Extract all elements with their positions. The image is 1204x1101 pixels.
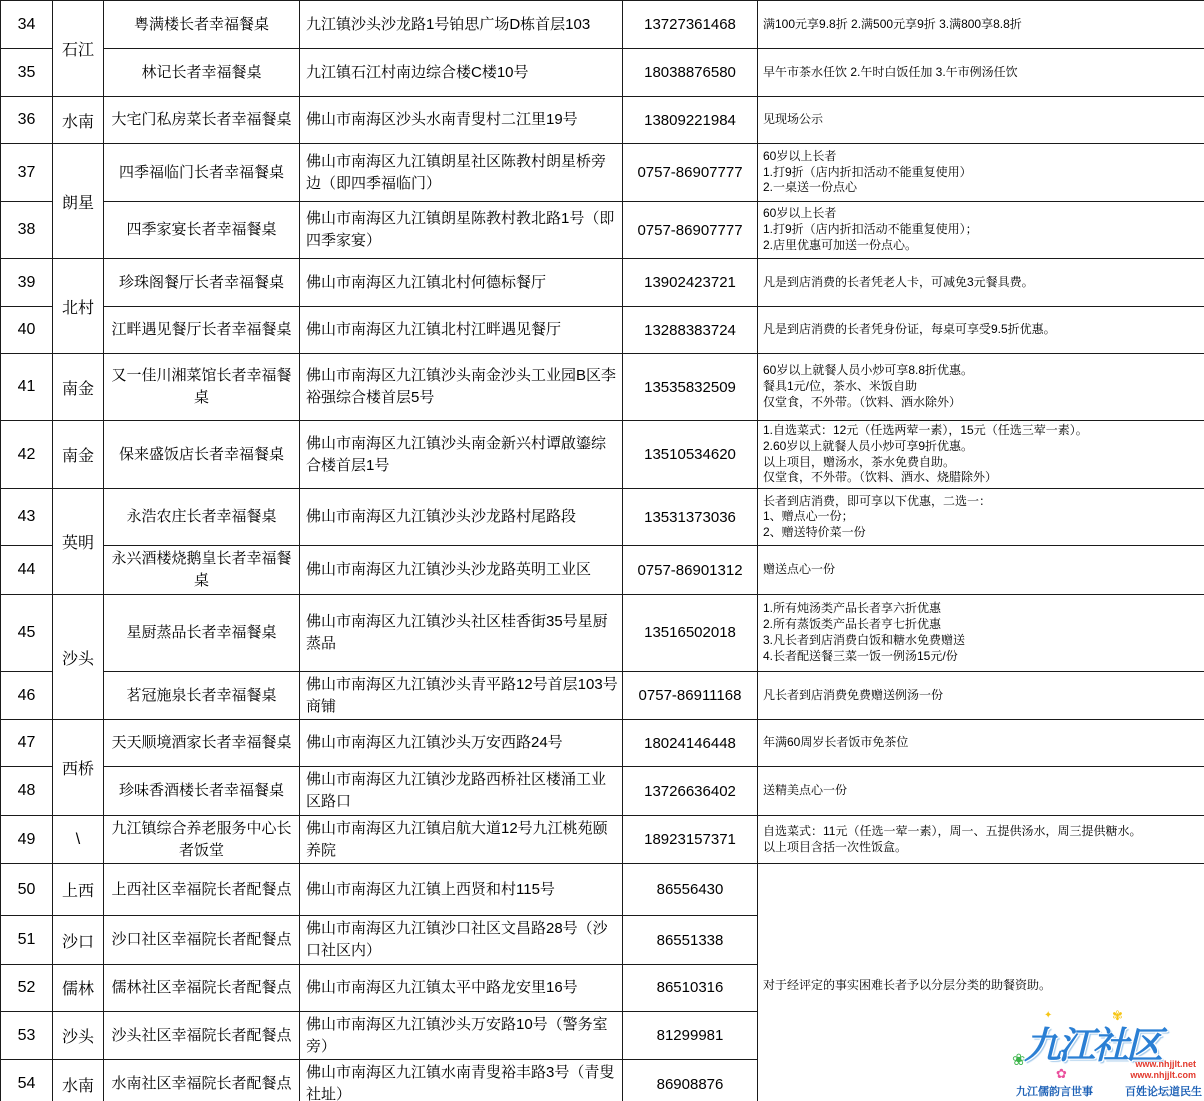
restaurant-name-cell: 九江镇综合养老服务中心长者饭堂 [104, 815, 300, 864]
phone-cell: 0757-86901312 [623, 546, 758, 595]
address-cell: 佛山市南海区九江镇太平中路龙安里16号 [300, 964, 623, 1011]
phone-cell: 13727361468 [623, 1, 758, 49]
address-cell: 佛山市南海区九江镇水南青叟裕丰路3号（青叟社址） [300, 1060, 623, 1101]
discount-note-cell: 60岁以上长者 1.打9折（店内折扣活动不能重复使用）； 2.店里优惠可加送一份… [758, 202, 1204, 259]
table-row: 46茗冠施泉长者幸福餐桌佛山市南海区九江镇沙头青平路12号首层103号商铺075… [1, 671, 1204, 720]
phone-cell: 86510316 [623, 964, 758, 1011]
address-cell: 佛山市南海区九江镇沙头南金沙头工业园B区李裕强综合楼首层5号 [300, 354, 623, 421]
discount-note-cell: 1.所有炖汤类产品长者享六折优惠 2.所有蒸饭类产品长者亨七折优惠 3.凡长者到… [758, 594, 1204, 671]
row-number-cell: 46 [1, 671, 53, 720]
table-row: 34石江粤满楼长者幸福餐桌九江镇沙头沙龙路1号铂思广场D栋首层103137273… [1, 1, 1204, 49]
row-number-cell: 38 [1, 202, 53, 259]
table-row: 45沙头星厨蒸品长者幸福餐桌佛山市南海区九江镇沙头社区桂香街35号星厨蒸品135… [1, 594, 1204, 671]
restaurant-name-cell: 江畔遇见餐厅长者幸福餐桌 [104, 307, 300, 354]
address-cell: 佛山市南海区九江镇上西贤和村115号 [300, 864, 623, 916]
restaurant-name-cell: 永兴酒楼烧鹅皇长者幸福餐桌 [104, 546, 300, 595]
address-cell: 佛山市南海区九江镇沙头万安路10号（警务室旁） [300, 1011, 623, 1060]
row-number-cell: 50 [1, 864, 53, 916]
restaurant-name-cell: 又一佳川湘菜馆长者幸福餐桌 [104, 354, 300, 421]
table-row: 37朗星四季福临门长者幸福餐桌佛山市南海区九江镇朗星社区陈教村朗星桥旁边（即四季… [1, 144, 1204, 202]
row-number-cell: 49 [1, 815, 53, 864]
row-number-cell: 34 [1, 1, 53, 49]
table-row: 43英明永浩农庄长者幸福餐桌佛山市南海区九江镇沙头沙龙路村尾路段13531373… [1, 489, 1204, 546]
phone-cell: 13531373036 [623, 489, 758, 546]
elder-canteen-table-page: 34石江粤满楼长者幸福餐桌九江镇沙头沙龙路1号铂思广场D栋首层103137273… [0, 0, 1204, 1101]
village-cell: 南金 [53, 421, 104, 489]
address-cell: 佛山市南海区九江镇沙头南金新兴村谭啟鎏综合楼首层1号 [300, 421, 623, 489]
restaurant-name-cell: 天天顺境酒家长者幸福餐桌 [104, 720, 300, 767]
row-number-cell: 42 [1, 421, 53, 489]
village-cell: \ [53, 815, 104, 864]
discount-note-cell: 见现场公示 [758, 97, 1204, 144]
phone-cell: 86556430 [623, 864, 758, 916]
row-number-cell: 41 [1, 354, 53, 421]
phone-cell: 0757-86911168 [623, 671, 758, 720]
row-number-cell: 48 [1, 767, 53, 816]
restaurant-name-cell: 星厨蒸品长者幸福餐桌 [104, 594, 300, 671]
row-number-cell: 40 [1, 307, 53, 354]
restaurant-name-cell: 林记长者幸福餐桌 [104, 49, 300, 97]
phone-cell: 86551338 [623, 916, 758, 965]
discount-note-cell: 满100元享9.8折 2.满500元享9折 3.满800享8.8折 [758, 1, 1204, 49]
village-cell: 西桥 [53, 720, 104, 816]
table-row: 35林记长者幸福餐桌九江镇石江村南边综合楼C楼10号18038876580早午市… [1, 49, 1204, 97]
address-cell: 佛山市南海区九江镇沙口社区文昌路28号（沙口社区内） [300, 916, 623, 965]
village-cell: 英明 [53, 489, 104, 595]
address-cell: 佛山市南海区沙头水南青叟村二江里19号 [300, 97, 623, 144]
table-row: 48珍味香酒楼长者幸福餐桌佛山市南海区九江镇沙龙路西桥社区楼涌工业区路口1372… [1, 767, 1204, 816]
restaurant-name-cell: 保来盛饭店长者幸福餐桌 [104, 421, 300, 489]
restaurant-name-cell: 四季福临门长者幸福餐桌 [104, 144, 300, 202]
discount-note-cell: 60岁以上就餐人员小炒可享8.8折优惠。 餐具1元/位，茶水、米饭自助 仅堂食，… [758, 354, 1204, 421]
discount-note-cell: 60岁以上长者 1.打9折（店内折扣活动不能重复使用） 2.一桌送一份点心 [758, 144, 1204, 202]
address-cell: 佛山市南海区九江镇沙头万安西路24号 [300, 720, 623, 767]
table-row: 42南金保来盛饭店长者幸福餐桌佛山市南海区九江镇沙头南金新兴村谭啟鎏综合楼首层1… [1, 421, 1204, 489]
address-cell: 佛山市南海区九江镇沙头沙龙路英明工业区 [300, 546, 623, 595]
table-row: 47西桥天天顺境酒家长者幸福餐桌佛山市南海区九江镇沙头万安西路24号180241… [1, 720, 1204, 767]
address-cell: 佛山市南海区九江镇朗星社区陈教村朗星桥旁边（即四季福临门） [300, 144, 623, 202]
phone-cell: 13726636402 [623, 767, 758, 816]
discount-note-cell: 1.自选菜式：12元（任选两荤一素），15元（任选三荤一素）。 2.60岁以上就… [758, 421, 1204, 489]
village-cell: 朗星 [53, 144, 104, 259]
discount-note-cell: 凡是到店消费的长者凭身份证，每桌可享受9.5折优惠。 [758, 307, 1204, 354]
row-number-cell: 52 [1, 964, 53, 1011]
address-cell: 佛山市南海区九江镇沙头青平路12号首层103号商铺 [300, 671, 623, 720]
village-cell: 沙头 [53, 594, 104, 720]
row-number-cell: 47 [1, 720, 53, 767]
row-number-cell: 39 [1, 259, 53, 307]
village-cell: 沙头 [53, 1011, 104, 1060]
address-cell: 九江镇石江村南边综合楼C楼10号 [300, 49, 623, 97]
phone-cell: 86908876 [623, 1060, 758, 1101]
row-number-cell: 54 [1, 1060, 53, 1101]
table-row: 41南金又一佳川湘菜馆长者幸福餐桌佛山市南海区九江镇沙头南金沙头工业园B区李裕强… [1, 354, 1204, 421]
table-row: 49\九江镇综合养老服务中心长者饭堂佛山市南海区九江镇启航大道12号九江桃苑颐养… [1, 815, 1204, 864]
discount-note-cell: 凡长者到店消费免费赠送例汤一份 [758, 671, 1204, 720]
table-row: 36水南大宅门私房菜长者幸福餐桌佛山市南海区沙头水南青叟村二江里19号13809… [1, 97, 1204, 144]
address-cell: 佛山市南海区九江镇北村何德标餐厅 [300, 259, 623, 307]
address-cell: 九江镇沙头沙龙路1号铂思广场D栋首层103 [300, 1, 623, 49]
village-cell: 儒林 [53, 964, 104, 1011]
discount-note-cell: 长者到店消费，即可享以下优惠，二选一： 1、赠点心一份； 2、赠送特价菜一份 [758, 489, 1204, 546]
row-number-cell: 53 [1, 1011, 53, 1060]
table-row: 38四季家宴长者幸福餐桌佛山市南海区九江镇朗星陈教村教北路1号（即四季家宴）07… [1, 202, 1204, 259]
discount-note-cell: 早午市茶水任饮 2.午时白饭任加 3.午市例汤任饮 [758, 49, 1204, 97]
row-number-cell: 36 [1, 97, 53, 144]
village-cell: 水南 [53, 1060, 104, 1101]
restaurant-name-cell: 儒林社区幸福院长者配餐点 [104, 964, 300, 1011]
village-cell: 上西 [53, 864, 104, 916]
restaurant-table-body: 34石江粤满楼长者幸福餐桌九江镇沙头沙龙路1号铂思广场D栋首层103137273… [1, 1, 1204, 1101]
discount-note-cell: 赠送点心一份 [758, 546, 1204, 595]
discount-note-cell: 年满60周岁长者饭市免茶位 [758, 720, 1204, 767]
restaurant-name-cell: 大宅门私房菜长者幸福餐桌 [104, 97, 300, 144]
restaurant-name-cell: 珍珠阁餐厅长者幸福餐桌 [104, 259, 300, 307]
phone-cell: 13535832509 [623, 354, 758, 421]
row-number-cell: 43 [1, 489, 53, 546]
table-row: 39北村珍珠阁餐厅长者幸福餐桌佛山市南海区九江镇北村何德标餐厅139024237… [1, 259, 1204, 307]
phone-cell: 18923157371 [623, 815, 758, 864]
village-cell: 水南 [53, 97, 104, 144]
village-cell: 南金 [53, 354, 104, 421]
address-cell: 佛山市南海区九江镇启航大道12号九江桃苑颐养院 [300, 815, 623, 864]
elder-canteen-table: 34石江粤满楼长者幸福餐桌九江镇沙头沙龙路1号铂思广场D栋首层103137273… [0, 0, 1204, 1101]
phone-cell: 13516502018 [623, 594, 758, 671]
discount-note-cell: 送精美点心一份 [758, 767, 1204, 816]
discount-note-cell: 凡是到店消费的长者凭老人卡，可减免3元餐具费。 [758, 259, 1204, 307]
restaurant-name-cell: 水南社区幸福院长者配餐点 [104, 1060, 300, 1101]
address-cell: 佛山市南海区九江镇北村江畔遇见餐厅 [300, 307, 623, 354]
address-cell: 佛山市南海区九江镇沙龙路西桥社区楼涌工业区路口 [300, 767, 623, 816]
discount-note-cell: 自选菜式：11元（任选一荤一素），周一、五提供汤水，周三提供糖水。 以上项目含括… [758, 815, 1204, 864]
row-number-cell: 37 [1, 144, 53, 202]
restaurant-name-cell: 沙头社区幸福院长者配餐点 [104, 1011, 300, 1060]
phone-cell: 13809221984 [623, 97, 758, 144]
restaurant-name-cell: 沙口社区幸福院长者配餐点 [104, 916, 300, 965]
row-number-cell: 44 [1, 546, 53, 595]
village-cell: 石江 [53, 1, 104, 97]
address-cell: 佛山市南海区九江镇沙头沙龙路村尾路段 [300, 489, 623, 546]
phone-cell: 0757-86907777 [623, 144, 758, 202]
restaurant-name-cell: 粤满楼长者幸福餐桌 [104, 1, 300, 49]
row-number-cell: 51 [1, 916, 53, 965]
row-number-cell: 35 [1, 49, 53, 97]
restaurant-name-cell: 上西社区幸福院长者配餐点 [104, 864, 300, 916]
phone-cell: 18024146448 [623, 720, 758, 767]
village-cell: 北村 [53, 259, 104, 354]
address-cell: 佛山市南海区九江镇沙头社区桂香街35号星厨蒸品 [300, 594, 623, 671]
restaurant-name-cell: 四季家宴长者幸福餐桌 [104, 202, 300, 259]
discount-note-cell: 对于经评定的事实困难长者予以分层分类的助餐资助。 [758, 864, 1204, 1101]
phone-cell: 13288383724 [623, 307, 758, 354]
restaurant-name-cell: 永浩农庄长者幸福餐桌 [104, 489, 300, 546]
address-cell: 佛山市南海区九江镇朗星陈教村教北路1号（即四季家宴） [300, 202, 623, 259]
phone-cell: 13510534620 [623, 421, 758, 489]
village-cell: 沙口 [53, 916, 104, 965]
row-number-cell: 45 [1, 594, 53, 671]
table-row: 50上西上西社区幸福院长者配餐点佛山市南海区九江镇上西贤和村115号865564… [1, 864, 1204, 916]
phone-cell: 13902423721 [623, 259, 758, 307]
phone-cell: 0757-86907777 [623, 202, 758, 259]
phone-cell: 81299981 [623, 1011, 758, 1060]
phone-cell: 18038876580 [623, 49, 758, 97]
table-row: 40江畔遇见餐厅长者幸福餐桌佛山市南海区九江镇北村江畔遇见餐厅132883837… [1, 307, 1204, 354]
table-row: 44永兴酒楼烧鹅皇长者幸福餐桌佛山市南海区九江镇沙头沙龙路英明工业区0757-8… [1, 546, 1204, 595]
restaurant-name-cell: 茗冠施泉长者幸福餐桌 [104, 671, 300, 720]
restaurant-name-cell: 珍味香酒楼长者幸福餐桌 [104, 767, 300, 816]
